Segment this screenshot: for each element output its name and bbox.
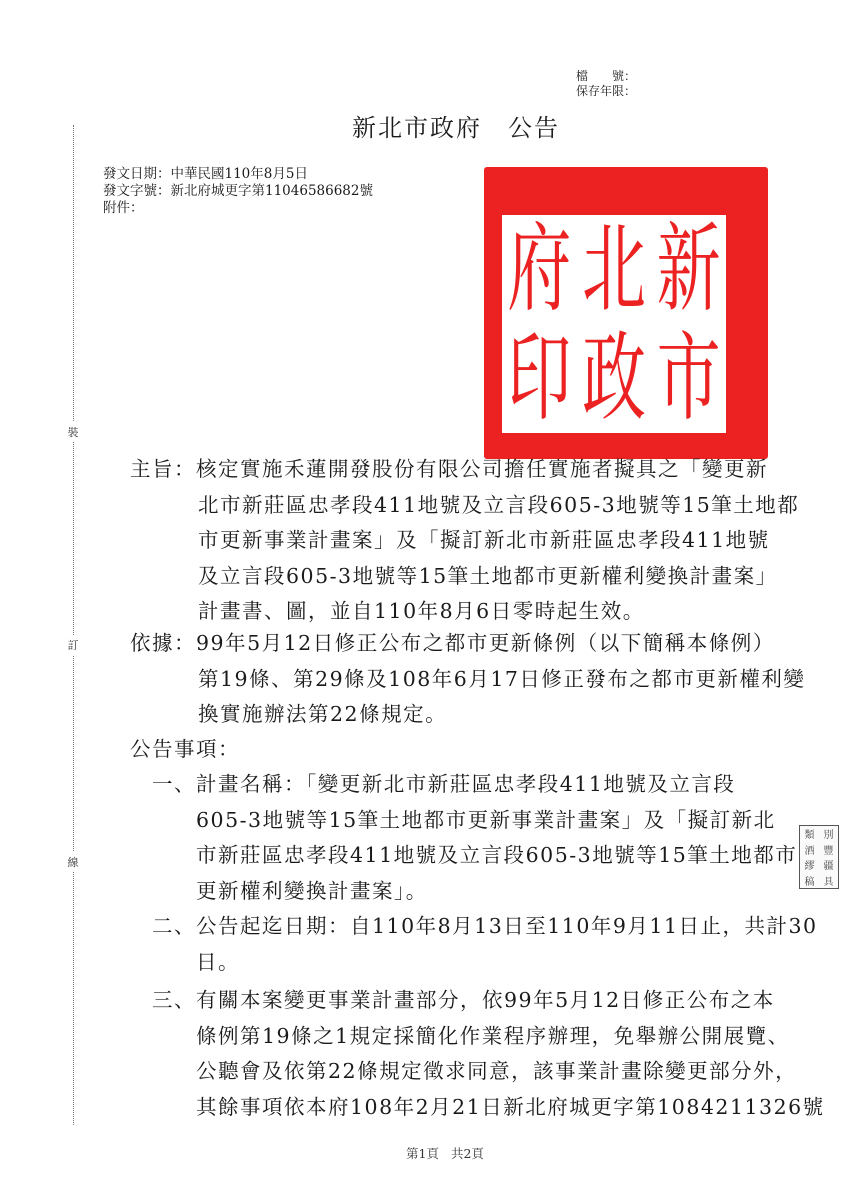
announcement-item-1: 一、計畫名稱：「變更新北市新莊區忠孝段411地號及立言段 605-3地號等15筆… <box>152 767 797 909</box>
subject-line: 北市新莊區忠孝段411地號及立言段605-3地號等15筆土地都 <box>130 488 799 524</box>
attachment-label: 附件： <box>103 200 144 217</box>
subject-line: 計畫書、圖，並自110年8月6日零時起生效。 <box>130 594 799 630</box>
announcement-item-2: 二、公告起迄日期：自110年8月13日至110年9月11日止，共計30 日。 <box>152 909 818 980</box>
issue-date-row: 發文日期： 中華民國110年8月5日 <box>103 166 373 183</box>
item-line: 日。 <box>152 945 818 981</box>
total-pages: 共2頁 <box>451 1146 484 1161</box>
item-line: 市新莊區忠孝段411地號及立言段605-3地號等15筆土地都市 <box>152 838 797 874</box>
subject-label: 主旨： <box>130 457 196 481</box>
item-line: 605-3地號等15筆土地都市更新事業計畫案」及「擬訂新北 <box>152 803 797 839</box>
retention-period-label: 保存年限： <box>576 84 636 99</box>
binding-char-line: 線 <box>63 852 83 872</box>
subject-line: 市更新事業計畫案」及「擬訂新北市新莊區忠孝段411地號 <box>130 523 799 559</box>
official-seal-icon: 府 北 新 印 政 市 <box>484 167 768 459</box>
binding-dotted-line <box>73 125 74 1125</box>
small-stamp-icon: 類 別 酒 豐 繆 疆 稿 具 <box>799 825 839 889</box>
item-line: 更新權利變換計畫案」。 <box>152 874 797 910</box>
reference-number-label: 發文字號： <box>103 183 171 200</box>
current-page: 第1頁 <box>406 1146 439 1161</box>
basis-section: 依據：99年5月12日修正公布之都市更新條例（以下簡稱本條例） 第19條、第29… <box>130 626 805 733</box>
binding-char-bind: 裝 <box>63 422 83 442</box>
reference-number-row: 發文字號： 新北府城更字第11046586682號 <box>103 183 373 200</box>
issue-date-value: 中華民國110年8月5日 <box>171 166 308 183</box>
subject-line: 及立言段605-3地號等15筆土地都市更新權利變換計畫案」 <box>130 559 799 595</box>
item-line: 三、有關本案變更事業計畫部分，依99年5月12日修正公布之本 <box>152 983 825 1019</box>
binding-char-staple: 訂 <box>63 635 83 655</box>
attachment-row: 附件： <box>103 200 373 217</box>
subject-line: 主旨：核定實施禾蓮開發股份有限公司擔任實施者擬具之「變更新 <box>130 452 799 488</box>
filing-meta: 檔 號： 保存年限： <box>576 69 636 99</box>
item-line: 條例第19條之1規定採簡化作業程序辦理，免舉辦公開展覽、 <box>152 1019 825 1055</box>
page-indicator: 第1頁共2頁 <box>406 1144 484 1162</box>
seal-char: 政 <box>577 297 652 461</box>
issue-info: 發文日期： 中華民國110年8月5日 發文字號： 新北府城更字第11046586… <box>103 166 373 217</box>
seal-char: 印 <box>502 297 577 461</box>
announcement-heading: 公告事項： <box>130 732 240 768</box>
reference-number-value: 新北府城更字第11046586682號 <box>171 183 373 200</box>
seal-char: 市 <box>651 297 726 461</box>
basis-label: 依據： <box>130 631 196 655</box>
item-line: 二、公告起迄日期：自110年8月13日至110年9月11日止，共計30 <box>152 909 818 945</box>
document-title: 新北市政府 公告 <box>352 108 560 143</box>
item-line: 一、計畫名稱：「變更新北市新莊區忠孝段411地號及立言段 <box>152 767 797 803</box>
item-line: 公聽會及依第22條規定徵求同意，該事業計畫除變更部分外， <box>152 1054 825 1090</box>
issue-date-label: 發文日期： <box>103 166 171 183</box>
basis-line: 換實施辦法第22條規定。 <box>130 697 805 733</box>
basis-line: 第19條、第29條及108年6月17日修正發布之都市更新權利變 <box>130 662 805 698</box>
item-line: 其餘事項依本府108年2月21日新北府城更字第1084211326號 <box>152 1090 825 1126</box>
subject-section: 主旨：核定實施禾蓮開發股份有限公司擔任實施者擬具之「變更新 北市新莊區忠孝段41… <box>130 452 799 630</box>
announcement-item-3: 三、有關本案變更事業計畫部分，依99年5月12日修正公布之本 條例第19條之1規… <box>152 983 825 1125</box>
basis-line: 依據：99年5月12日修正公布之都市更新條例（以下簡稱本條例） <box>130 626 805 662</box>
file-number-label: 檔 號： <box>576 69 636 84</box>
seal-face: 府 北 新 印 政 市 <box>502 215 726 433</box>
